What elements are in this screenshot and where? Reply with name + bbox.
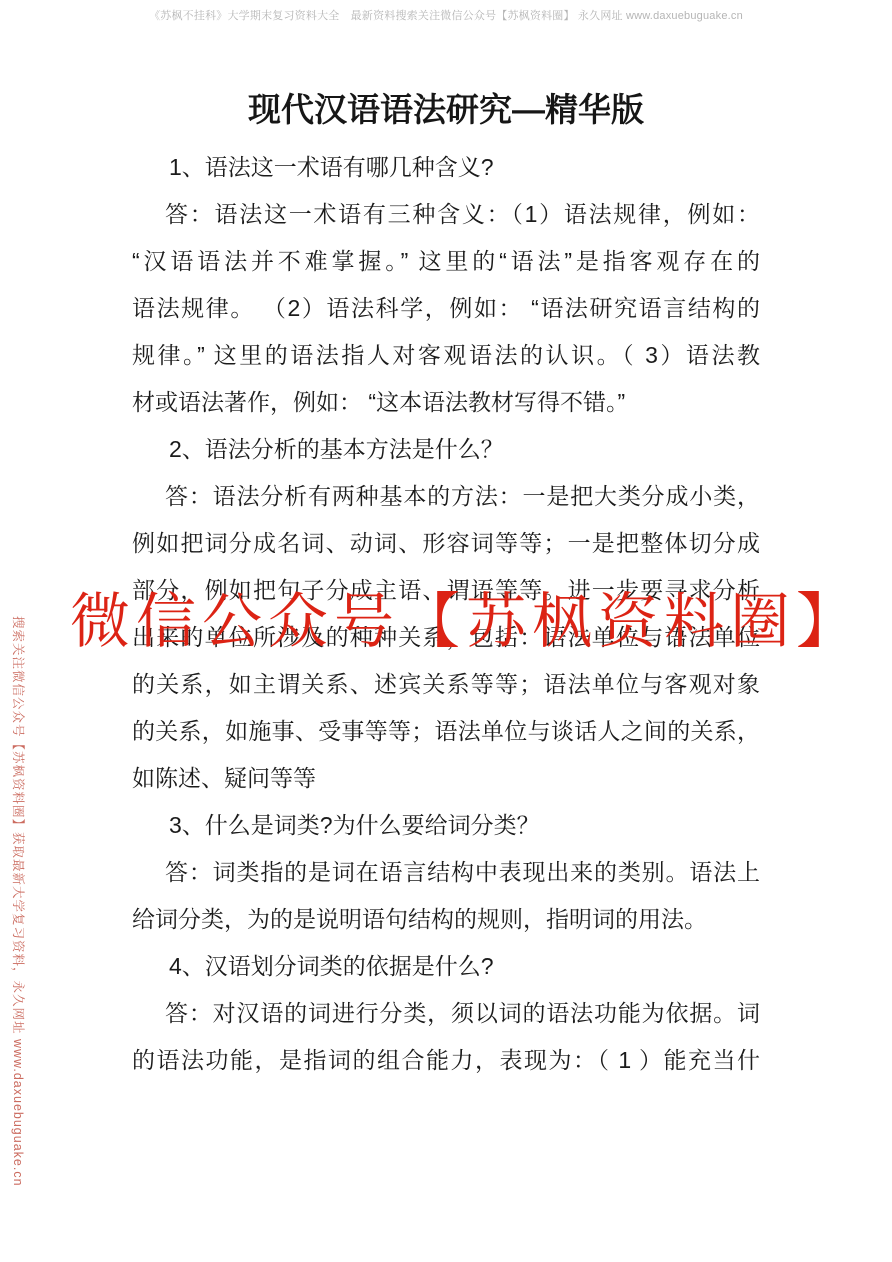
text-line: 4、汉语划分词类的依据是什么? <box>132 943 760 990</box>
text-line: 的关系，如主谓关系、述宾关系等等；语法单位与客观对象 <box>132 661 760 708</box>
text-line: 3、什么是词类?为什么要给词分类？ <box>132 802 760 849</box>
text-line: 答：词类指的是词在语言结构中表现出来的类别。语法上 <box>132 849 760 896</box>
text-line: 答：语法分析有两种基本的方法：一是把大类分成小类， <box>132 473 760 520</box>
text-line: 1、语法这一术语有哪几种含义? <box>132 144 760 191</box>
paragraph: 答：语法这一术语有三种含义：（1）语法规律，例如：“汉语语法并不难掌握。” 这里… <box>132 191 760 426</box>
paragraph: 3、什么是词类?为什么要给词分类？ <box>132 802 760 849</box>
text-line: 答：对汉语的词进行分类，须以词的语法功能为依据。词 <box>132 990 760 1037</box>
text-line: 语法规律。 （2）语法科学，例如： “语法研究语言结构的 <box>132 285 760 332</box>
text-line: “汉语语法并不难掌握。” 这里的“语法”是指客观存在的 <box>132 238 760 285</box>
text-line: 的关系，如施事、受事等等；语法单位与谈话人之间的关系， <box>132 708 760 755</box>
page-header-note: 《苏枫不挂科》大学期末复习资料大全 最新资料搜索关注微信公众号【苏枫资料圈】 永… <box>0 7 892 23</box>
page-title: 现代汉语语法研究—精华版 <box>0 84 892 131</box>
text-line: 答：语法这一术语有三种含义：（1）语法规律，例如： <box>132 191 760 238</box>
banner-watermark: 微信公众号【苏枫资料圈】 <box>70 585 882 659</box>
paragraph: 答：对汉语的词进行分类，须以词的语法功能为依据。词的语法功能，是指词的组合能力，… <box>132 990 760 1084</box>
text-line: 例如把词分成名词、动词、形容词等等；一是把整体切分成 <box>132 520 760 567</box>
text-line: 材或语法著作，例如： “这本语法教材写得不错。” <box>132 379 760 426</box>
text-line: 2、语法分析的基本方法是什么？ <box>132 426 760 473</box>
side-watermark: 搜索关注微信公众号【苏枫资料圈】获取最新大学复习资料，永久网址 www.daxu… <box>10 616 28 1187</box>
text-line: 规律。” 这里的语法指人对客观语法的认识。（ 3）语法教 <box>132 332 760 379</box>
paragraph: 1、语法这一术语有哪几种含义? <box>132 144 760 191</box>
text-line: 如陈述、疑问等等 <box>132 755 760 802</box>
text-line: 的语法功能，是指词的组合能力，表现为：（ 1 ）能充当什 <box>132 1037 760 1084</box>
document-page: 《苏枫不挂科》大学期末复习资料大全 最新资料搜索关注微信公众号【苏枫资料圈】 永… <box>0 0 892 1262</box>
text-line: 给词分类，为的是说明语句结构的规则，指明词的用法。 <box>132 896 760 943</box>
paragraph: 答：词类指的是词在语言结构中表现出来的类别。语法上给词分类，为的是说明语句结构的… <box>132 849 760 943</box>
paragraph: 4、汉语划分词类的依据是什么? <box>132 943 760 990</box>
paragraph: 2、语法分析的基本方法是什么？ <box>132 426 760 473</box>
